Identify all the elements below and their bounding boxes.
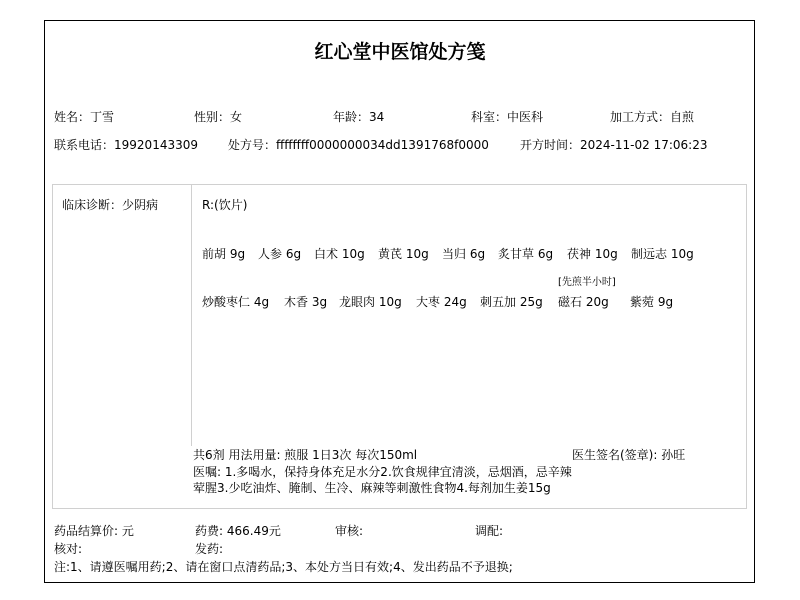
herb-item: 人参 6g <box>258 245 301 262</box>
herb-item: 白术 10g <box>314 245 365 262</box>
clinical-diagnosis: 临床诊断：少阴病 <box>62 196 158 213</box>
herb-item: 紫菀 9g <box>630 293 673 310</box>
patient-age: 年龄：34 <box>333 108 384 125</box>
herb-item: 木香 3g <box>284 293 327 310</box>
dispense-field: 调配: <box>475 522 503 539</box>
herb-item: 磁石 20g <box>558 293 609 310</box>
usage-dosage: 共6剂 用法用量: 煎服 1日3次 每次150ml <box>193 446 417 463</box>
herb-item: 当归 6g <box>442 245 485 262</box>
contact-phone: 联系电话：19920143309 <box>54 136 198 153</box>
herb-item: 龙眼肉 10g <box>339 293 402 310</box>
check-field: 核对: <box>54 540 82 557</box>
column-divider <box>191 184 192 446</box>
drug-fee: 药费: 466.49元 <box>195 522 281 539</box>
herb-item: 刺五加 25g <box>480 293 543 310</box>
herb-item: 黄芪 10g <box>378 245 429 262</box>
footer-notice: 注:1、请遵医嘱用药;2、请在窗口点清药品;3、本处方当日有效;4、发出药品不予… <box>54 558 513 575</box>
review-field: 审核: <box>335 522 363 539</box>
herb-preparation-note: [先煎半小时] <box>558 273 616 288</box>
issue-field: 发药: <box>195 540 223 557</box>
prescription-time: 开方时间：2024-11-02 17:06:23 <box>520 136 707 153</box>
doctor-signature: 医生签名(签章): 孙旺 <box>572 446 685 463</box>
herb-item: 制远志 10g <box>631 245 694 262</box>
settlement-price: 药品结算价: 元 <box>54 522 134 539</box>
herb-item: 茯神 10g <box>567 245 618 262</box>
page-title: 红心堂中医馆处方笺 <box>0 37 800 64</box>
processing-method: 加工方式：自煎 <box>610 108 694 125</box>
patient-gender: 性别：女 <box>194 108 242 125</box>
department: 科室：中医科 <box>471 108 543 125</box>
herb-item: 炙甘草 6g <box>498 245 553 262</box>
herb-item: 前胡 9g <box>202 245 245 262</box>
prescription-number: 处方号：ffffffff0000000034dd1391768f0000 <box>228 136 489 153</box>
herb-item: 炒酸枣仁 4g <box>202 293 269 310</box>
medical-advice: 医嘱: 1.多喝水，保持身体充足水分2.饮食规律宜清淡，忌烟酒，忌辛辣荤腥3.少… <box>193 464 583 496</box>
prescription-type: R:(饮片) <box>202 196 247 213</box>
patient-name: 姓名：丁雪 <box>54 108 114 125</box>
herb-item: 大枣 24g <box>416 293 467 310</box>
